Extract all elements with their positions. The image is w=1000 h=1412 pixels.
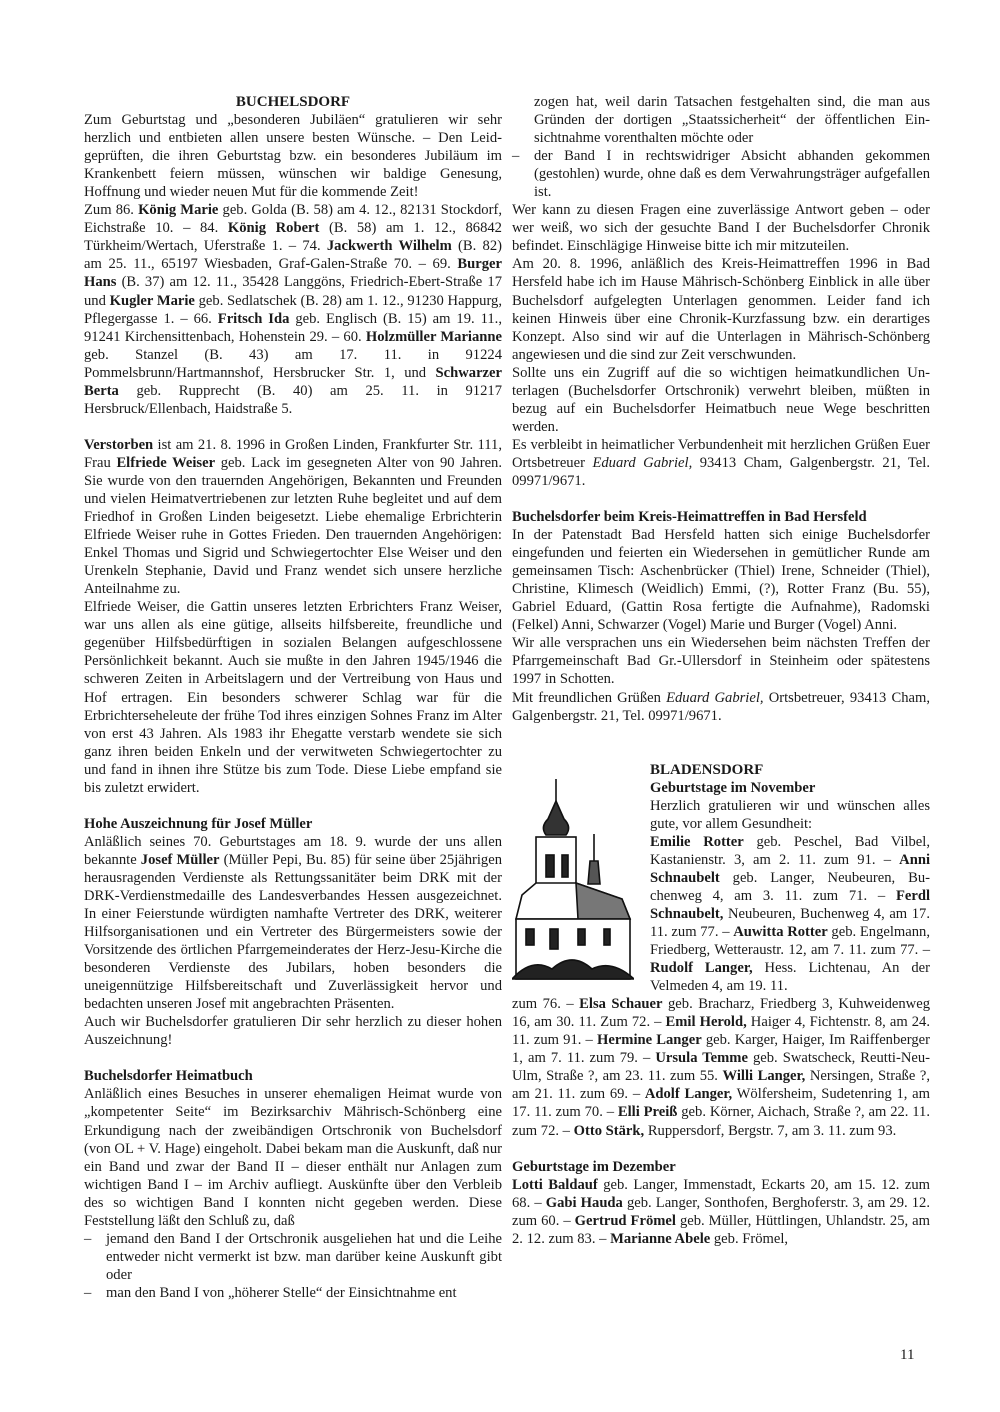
person-name: Jackwerth Wil­helm (327, 238, 452, 254)
person-name: Marianne Abele (610, 1231, 710, 1247)
person-name: König Marie (138, 202, 218, 218)
person-name: Emilie Rotter (650, 834, 744, 850)
december-birthdays: Lotti Baldauf geb. Langer, Immenstadt, E… (512, 1176, 930, 1248)
bullet-item: –der Band I in rechtswidriger Absicht ab… (512, 147, 930, 201)
person-name: Willi Langer, (723, 1068, 806, 1084)
intro-paragraph: Zum Geburtstag und „besonderen Jubiläen“… (84, 111, 502, 201)
award-paragraph: Anläßlich seines 70. Geburtstages am 18.… (84, 833, 502, 1013)
closing-paragraph: Es verbleibt in heimatlicher Verbundenhe… (512, 436, 930, 490)
bullet-item: –jemand den Band I der Ortschronik ausge… (84, 1230, 502, 1284)
right-column: zogen hat, weil darin Tatsachen festgeha… (512, 93, 930, 1248)
person-name: Auwitta Rotter (733, 924, 828, 940)
november-birthdays-continued: zum 76. – Elsa Schauer geb. Bracharz, Fr… (512, 995, 930, 1139)
bullet-item: –man den Band I von „höherer Stelle“ der… (84, 1284, 502, 1302)
person-name: Lotti Baldauf (512, 1177, 598, 1193)
november-intro: Herzlich gratulieren wir und wünschen al… (650, 797, 930, 833)
november-birthdays: Emilie Rotter geb. Peschel, Bad Vilbel, … (650, 833, 930, 995)
obituary-paragraph: Verstorben ist am 21. 8. 1996 in Großen … (84, 436, 502, 598)
obituary-paragraph-2: Elfriede Weiser, die Gattin unseres letz… (84, 598, 502, 797)
heimatbuch-paragraph: Anläßlich eines Besuches in unserer ehem… (84, 1085, 502, 1229)
person-name: Adolf Langer, (645, 1086, 732, 1102)
person-name: Gertrud Frömel (575, 1213, 676, 1229)
section-title-buchelsdorf: BUCHELSDORF (84, 93, 502, 111)
bladensdorf-section: BLADENSDORF Geburtstage im November Herz… (512, 761, 930, 1248)
hersfeld-paragraph-2: Wir alle versprachen uns ein Wiedersehen… (512, 634, 930, 688)
heading-november: Geburtstage im November (650, 779, 930, 797)
person-name: König Robert (228, 220, 320, 236)
person-name: Rudolf Langer, (650, 960, 753, 976)
person-name: Holzmüller Marianne (366, 329, 502, 345)
person-name: Elsa Schauer (579, 996, 662, 1012)
access-paragraph: Sollte uns ein Zugriff auf die so wichti… (512, 364, 930, 436)
person-name: Josef Müller (141, 852, 220, 868)
page-number: 11 (900, 1347, 914, 1364)
person-name: Otto Stärk, (574, 1123, 645, 1139)
birthday-list: Zum 86. König Marie geb. Golda (B. 58) a… (84, 201, 502, 418)
hersfeld-closing: Mit freundlichen Grüßen Eduard Gabriel, … (512, 689, 930, 725)
person-name: Gabi Hauda (546, 1195, 623, 1211)
person-name: Elli Preiß (618, 1104, 678, 1120)
bullet-continuation: zogen hat, weil darin Tatsachen festgeha… (512, 93, 930, 147)
heading-december: Geburtstage im Dezember (512, 1158, 930, 1176)
heading-award: Hohe Auszeichnung für Josef Müller (84, 815, 502, 833)
question-paragraph: Wer kann zu diesen Fragen eine zuverläss… (512, 201, 930, 255)
signature-name: Eduard Gabriel, (592, 455, 692, 471)
heading-heimatbuch: Buchelsdorfer Heimatbuch (84, 1067, 502, 1085)
heading-hersfeld: Buchelsdorfer beim Kreis-Heimattreffen i… (512, 508, 930, 526)
signature-name: Eduard Gabriel, (666, 690, 763, 706)
left-column: BUCHELSDORF Zum Geburtstag und „besonder… (84, 93, 502, 1302)
person-name: Emil Herold, (666, 1014, 747, 1030)
hersfeld-paragraph: In der Patenstadt Bad Hersfeld hatten si… (512, 526, 930, 634)
person-name: Hermine Langer (597, 1032, 702, 1048)
person-name: Elfriede Weiser (116, 455, 215, 471)
award-congrats: Auch wir Buchelsdorfer gratulieren Dir s… (84, 1013, 502, 1049)
church-illustration-icon (512, 779, 634, 984)
person-name: Kugler Marie (110, 293, 195, 309)
visit-paragraph: Am 20. 8. 1996, anläßlich des Kreis-Heim… (512, 255, 930, 363)
person-name: Ursula Temme (655, 1050, 748, 1066)
person-name: Fritsch Ida (218, 311, 290, 327)
section-title-bladensdorf: BLADENSDORF (650, 761, 930, 779)
